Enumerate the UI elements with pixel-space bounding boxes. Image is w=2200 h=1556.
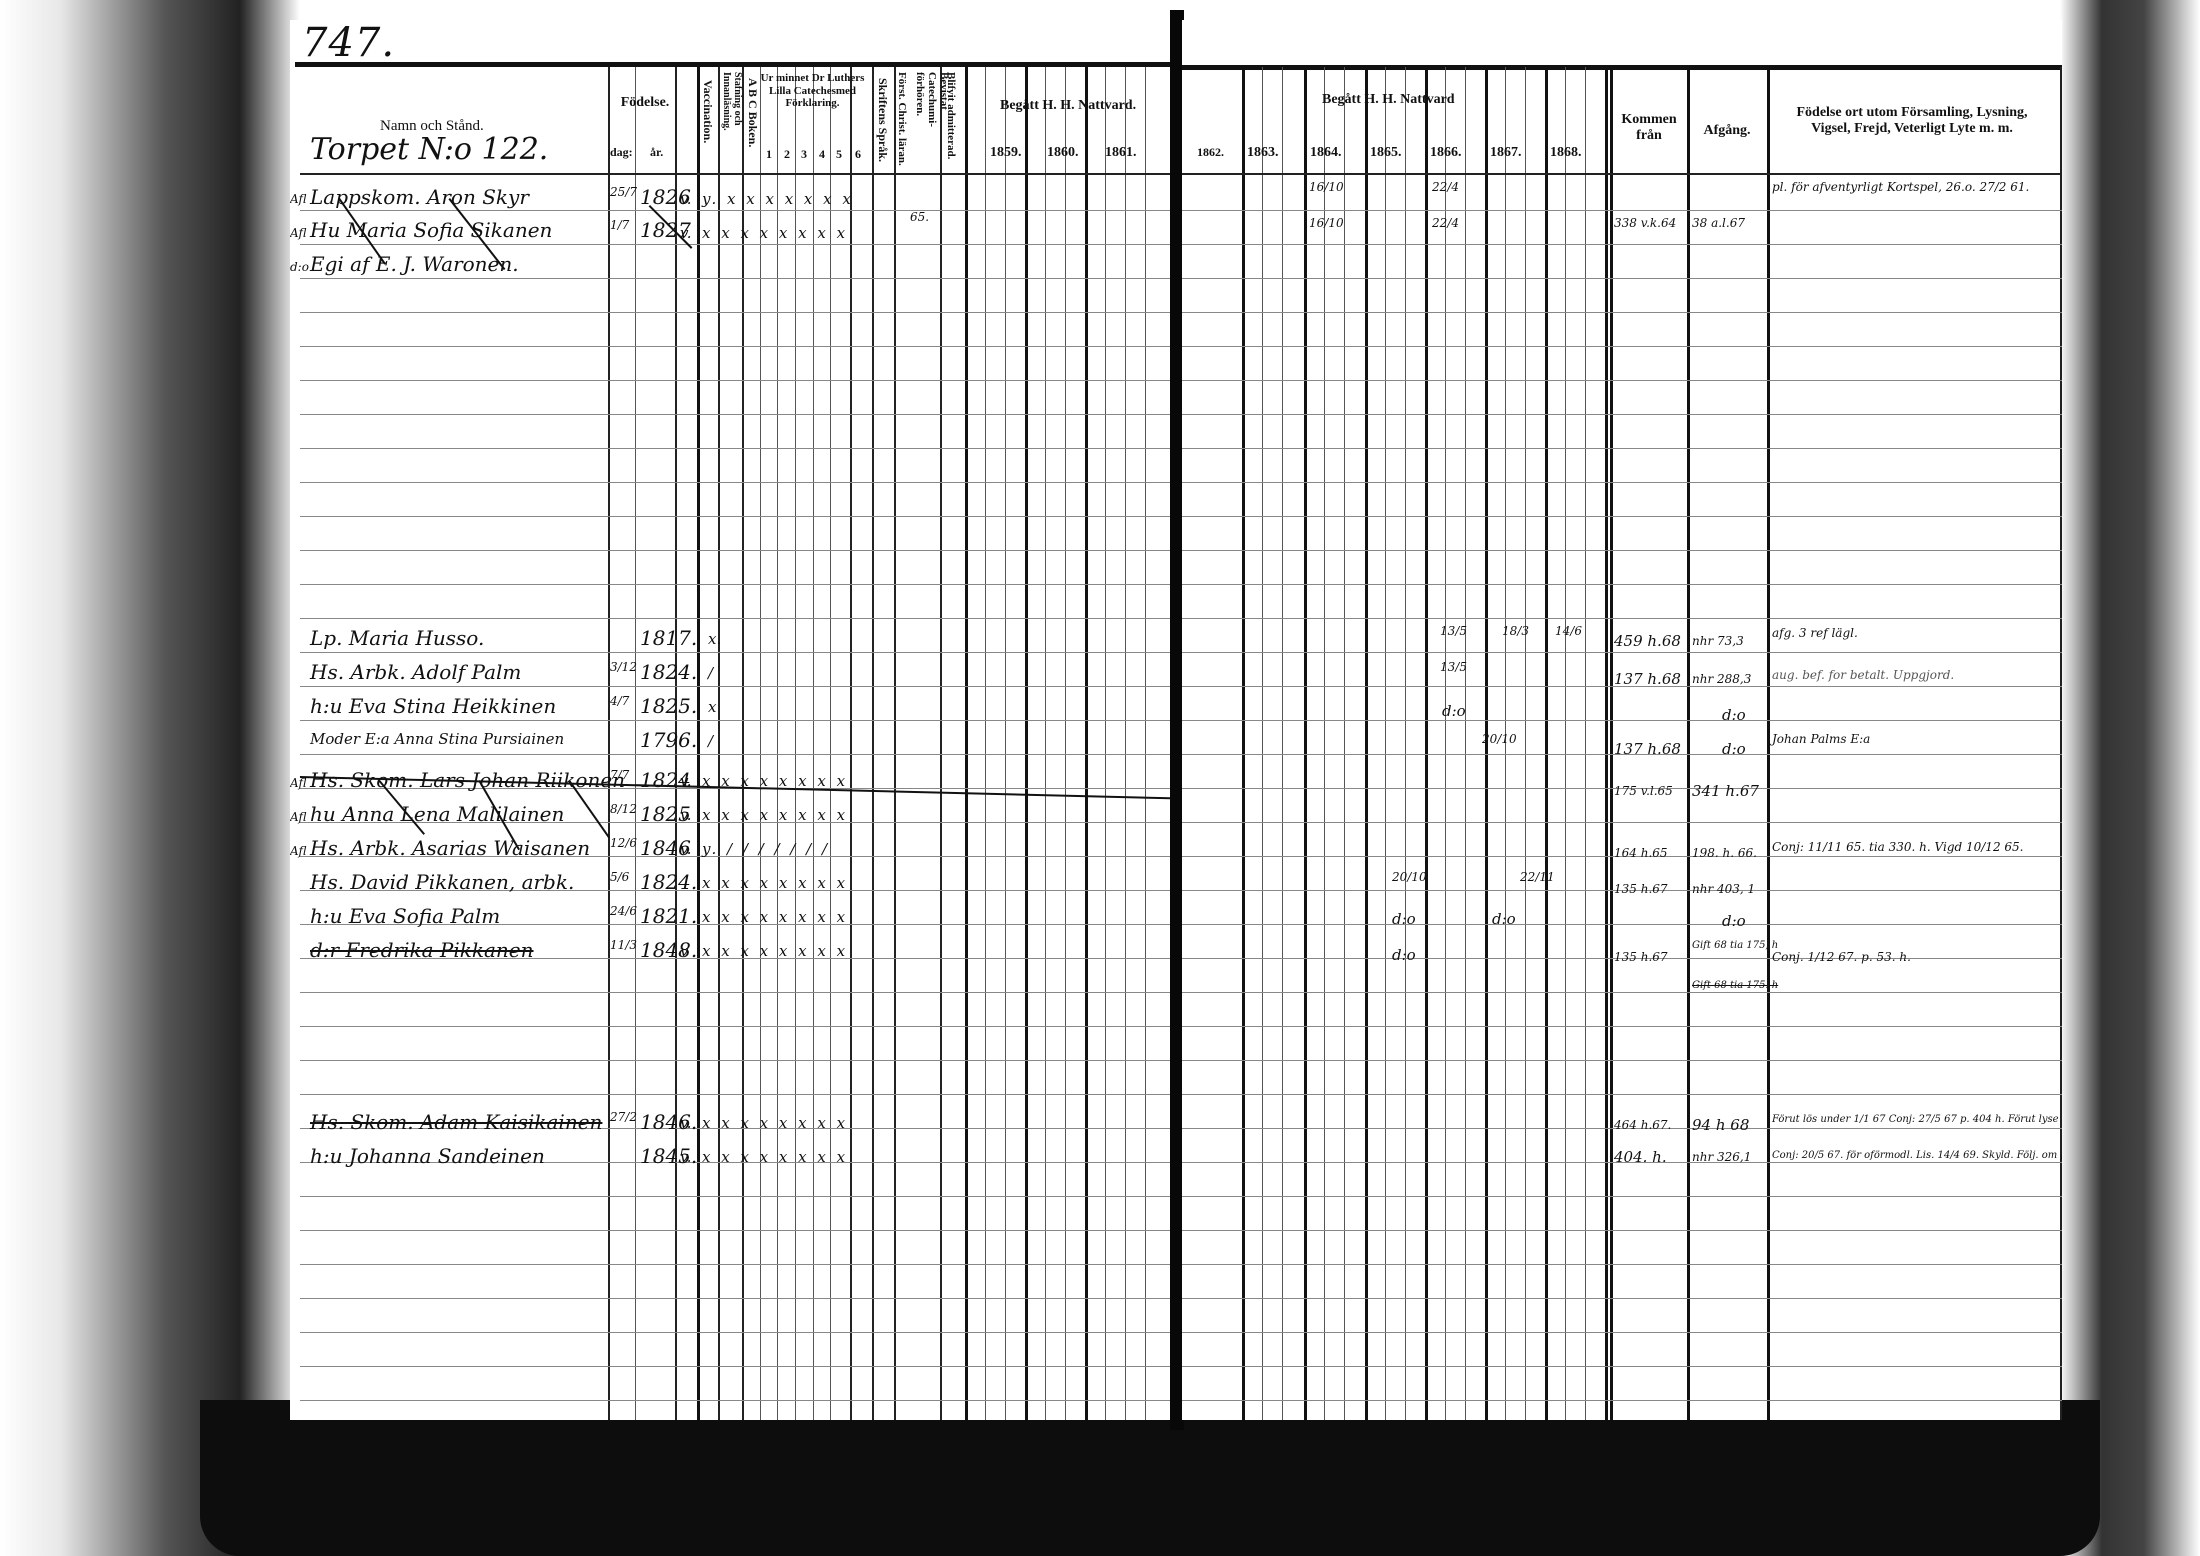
header-arrived: Kommen från <box>1614 112 1684 144</box>
birth-year: 1796. <box>640 728 697 752</box>
grid-line <box>872 67 874 1420</box>
grid-line <box>1405 67 1406 1420</box>
year-1868: 1868. <box>1550 145 1582 161</box>
row-line <box>1182 1060 2062 1061</box>
grid-line <box>894 67 896 1420</box>
row-line <box>300 1298 1170 1299</box>
arrived-from: 175 v.l.65 <box>1614 784 1673 798</box>
exam-marks: x <box>708 698 716 716</box>
book-bottom-edge <box>200 1400 2100 1556</box>
grid-line <box>1425 67 1428 1420</box>
departure: d:o <box>1722 740 1746 758</box>
row-line <box>300 1094 1170 1095</box>
year-1859: 1859. <box>990 145 1022 161</box>
birth-day: 1/7 <box>610 218 629 232</box>
row-line <box>1182 380 2062 381</box>
year-1862: 1862. <box>1197 145 1224 160</box>
grid-line <box>777 67 778 1420</box>
header-departed: Afgång. <box>1692 123 1762 139</box>
communion-date: 16/10 <box>1309 180 1344 194</box>
arrived-from: 338 v.k.64 <box>1614 216 1676 230</box>
birth-day: 4/7 <box>610 694 629 708</box>
birth-day: 25/7 <box>610 185 637 199</box>
row-line <box>1182 550 2062 551</box>
exam-marks: x x x x x x x x <box>702 874 848 892</box>
communion-date: 20/10 <box>1392 870 1427 884</box>
vaccination-mark: v. <box>680 806 691 824</box>
exam-marks: x x x x x x x x <box>702 942 848 960</box>
catechism-col-6: 6 <box>855 148 861 162</box>
communion-date: 18/3 <box>1502 624 1529 638</box>
exam-marks: x x x x x x x x <box>702 1114 848 1132</box>
departure: nhr 288,3 <box>1692 672 1751 686</box>
arrived-from: 464 h.67. <box>1614 1118 1671 1132</box>
header-rule <box>295 62 1170 67</box>
birth-day: 3/12 <box>610 660 637 674</box>
row-line <box>1182 822 2062 823</box>
row-line <box>1182 1264 2062 1265</box>
margin-note: d:o <box>290 260 309 274</box>
person-name: h:u Eva Stina Heikkinen <box>310 694 556 718</box>
person-name: Hs. Arbk. Adolf Palm <box>310 660 521 684</box>
margin-note: Afl <box>290 810 306 824</box>
scan-background-right <box>2060 0 2200 1556</box>
birth-day: 8/12 <box>610 802 637 816</box>
grid-line <box>850 67 852 1420</box>
year-1863: 1863. <box>1247 145 1279 161</box>
exam-marks: / <box>708 732 713 750</box>
row-line <box>1182 1094 2062 1095</box>
grid-line <box>1025 67 1028 1420</box>
grid-line <box>940 67 942 1420</box>
catechetic-year: 65. <box>910 210 929 224</box>
row-line <box>300 1400 1170 1401</box>
grid-line <box>1045 67 1046 1420</box>
birth-year: 1824. <box>640 870 697 894</box>
header-birth-day: dag: <box>610 146 633 160</box>
birth-year: 1824. <box>640 660 697 684</box>
birth-year: 1825. <box>640 694 697 718</box>
header-scripture: Skriftens Språk. <box>875 78 890 162</box>
margin-note: Afl <box>290 226 306 240</box>
grid-line <box>718 67 720 1420</box>
year-1867: 1867. <box>1490 145 1522 161</box>
row-line <box>300 1026 1170 1027</box>
departure: Gift 68 tia 175, h <box>1692 940 1778 951</box>
row-line <box>1182 244 2062 245</box>
row-line <box>1182 278 2062 279</box>
header-spelling: Stafning och Innanläsning. <box>721 72 743 167</box>
departure-struck: Gift 68 tia 175. h <box>1692 980 1778 991</box>
communion-date: d:o <box>1492 910 1516 928</box>
departure: 198. h. 66. <box>1692 846 1757 860</box>
row-line <box>1182 312 2062 313</box>
grid-line <box>1145 67 1146 1420</box>
row-line <box>300 1230 1170 1231</box>
exam-marks: x x x x x x x x <box>702 806 848 824</box>
departure: nhr 73,3 <box>1692 634 1744 648</box>
row-line <box>300 1060 1170 1061</box>
row-line <box>300 720 1170 721</box>
birth-day: 5/6 <box>610 870 629 884</box>
row-line <box>1182 1298 2062 1299</box>
communion-date: 22/4 <box>1432 180 1459 194</box>
row-line <box>1182 346 2062 347</box>
person-name: h:u Johanna Sandeinen <box>310 1144 545 1168</box>
year-1864: 1864. <box>1310 145 1342 161</box>
grid-line <box>1465 67 1466 1420</box>
remarks: aug. bef. for betalt. Uppgjord. <box>1772 668 1954 682</box>
row-line <box>300 482 1170 483</box>
communion-date: d:o <box>1392 910 1416 928</box>
row-line <box>300 550 1170 551</box>
catechism-col-5: 5 <box>836 148 842 162</box>
grid-line <box>1585 67 1586 1420</box>
grid-line <box>1385 67 1386 1420</box>
person-name: Hu Maria Sofia Sikanen <box>310 218 552 242</box>
grid-line <box>1525 67 1526 1420</box>
row-line <box>1182 584 2062 585</box>
row-line <box>300 414 1170 415</box>
house-title: Torpet N:o 122. <box>310 132 548 167</box>
person-name: Hs. David Pikkanen, arbk. <box>310 870 574 894</box>
exam-marks: x x x x x x x x <box>702 224 848 242</box>
grid-line <box>1005 67 1006 1420</box>
year-1861: 1861. <box>1105 145 1137 161</box>
header-birth: Födelse. <box>615 95 675 111</box>
margin-note: Afl <box>290 844 306 858</box>
communion-date: d:o <box>1442 702 1466 720</box>
communion-date: 13/5 <box>1440 624 1467 638</box>
row-line <box>300 346 1170 347</box>
remarks: Förut lös under 1/1 67 Conj: 27/5 67 p. … <box>1772 1114 2062 1125</box>
year-1865: 1865. <box>1370 145 1402 161</box>
grid-line <box>813 67 814 1420</box>
row-line <box>300 210 1170 211</box>
exam-marks: y. x x x x x x x <box>702 190 854 208</box>
row-line <box>1182 1230 2062 1231</box>
grid-line <box>1065 67 1066 1420</box>
grid-line <box>795 67 796 1420</box>
departure: 38 a.l.67 <box>1692 216 1745 230</box>
row-line <box>1182 1332 2062 1333</box>
person-name: Hs. Skom. Adam Kaisikainen <box>310 1110 602 1134</box>
grid-line <box>830 67 831 1420</box>
communion-date: d:o <box>1392 946 1416 964</box>
departure: 341 h.67 <box>1692 782 1759 800</box>
exam-marks: x x x x x x x x <box>702 908 848 926</box>
vaccination-mark: v <box>680 942 688 960</box>
row-line <box>300 1196 1170 1197</box>
row-line <box>1182 618 2062 619</box>
arrived-from: 404. h. <box>1614 1148 1667 1166</box>
person-name: hu Anna Lena Malilainen <box>310 802 564 826</box>
grid-line <box>1767 67 1770 1420</box>
row-line <box>1182 1366 2062 1367</box>
grid-line <box>985 67 986 1420</box>
header-birth-year: år. <box>650 146 663 160</box>
remarks: Conj: 20/5 67. för oförmodl. Lis. 14/4 6… <box>1772 1150 2062 1161</box>
year-1866: 1866. <box>1430 145 1462 161</box>
birth-year: 1817. <box>640 626 697 650</box>
departure: d:o <box>1722 912 1746 930</box>
header-communion: Begått H. H. Nattvard. <box>1000 98 1136 114</box>
grid-line <box>1344 67 1345 1420</box>
header-remarks: Födelse ort utom Församling, Lysning, Vi… <box>1777 105 2047 137</box>
departure: nhr 326,1 <box>1692 1150 1751 1164</box>
remarks: afg. 3 ref lägl. <box>1772 626 1858 640</box>
departure: nhr 403, 1 <box>1692 882 1755 896</box>
row-line <box>300 516 1170 517</box>
communion-date: 22/4 <box>1432 216 1459 230</box>
grid-line <box>1262 67 1263 1420</box>
grid-line <box>965 67 968 1420</box>
communion-date: 20/10 <box>1482 732 1517 746</box>
margin-note: Afl <box>290 192 306 206</box>
grid-line <box>1687 67 1690 1420</box>
arrived-from: 164 h.65 <box>1614 846 1668 860</box>
communion-date: 14/6 <box>1555 624 1582 638</box>
row-line <box>300 1264 1170 1265</box>
row-line <box>1182 482 2062 483</box>
arrived-from: 137 h.68 <box>1614 670 1681 688</box>
birth-day: 7/7 <box>610 768 629 782</box>
birth-year: 1821. <box>640 904 697 928</box>
person-name: Moder E:a Anna Stina Pursiainen <box>310 730 564 748</box>
row-line <box>1182 992 2062 993</box>
header-abc: A B C Boken. <box>745 78 760 147</box>
departure: d:o <box>1722 706 1746 724</box>
scan-background-left <box>0 0 300 1556</box>
row-line <box>300 686 1170 687</box>
row-line <box>1182 414 2062 415</box>
header-rule <box>1182 65 2062 70</box>
header-christian: Först. Christ. läran. <box>896 72 908 166</box>
person-name: Egi af E. J. Waronen. <box>310 252 519 276</box>
grid-line <box>1304 67 1307 1420</box>
grid-line <box>1105 67 1106 1420</box>
row-line <box>300 1366 1170 1367</box>
grid-line <box>760 67 761 1420</box>
row-line <box>300 1332 1170 1333</box>
grid-line <box>1125 67 1126 1420</box>
grid-line <box>635 67 636 1420</box>
row-line <box>1182 1400 2062 1401</box>
grid-line <box>1610 67 1613 1420</box>
row-line <box>1182 210 2062 211</box>
header-bottom-rule <box>1182 173 2062 175</box>
person-name: Hs. Arbk. Asarias Waisanen <box>310 836 590 860</box>
grid-line <box>1324 67 1325 1420</box>
birth-day: 24/6 <box>610 904 637 918</box>
row-line <box>300 278 1170 279</box>
exam-marks: y. / / / / / / / <box>702 840 830 858</box>
arrived-from: 135 h.67 <box>1614 882 1668 896</box>
grid-line <box>1085 67 1088 1420</box>
communion-date: 16/10 <box>1309 216 1344 230</box>
row-line <box>300 618 1170 619</box>
row-line <box>300 244 1170 245</box>
vaccination-mark: v. <box>680 1148 691 1166</box>
grid-line <box>608 67 610 1420</box>
departure: 94 h 68 <box>1692 1116 1749 1134</box>
grid-line <box>2060 67 2062 1420</box>
row-line <box>300 992 1170 993</box>
row-line <box>300 652 1170 653</box>
row-line <box>300 754 1170 755</box>
birth-day: 11/3 <box>610 938 637 952</box>
row-line <box>300 312 1170 313</box>
row-line <box>1182 516 2062 517</box>
row-line <box>300 448 1170 449</box>
catechism-col-4: 4 <box>819 148 825 162</box>
person-name: h:u Eva Sofia Palm <box>310 904 500 928</box>
vaccination-mark: v. <box>680 840 691 858</box>
remarks: Conj: 11/11 65. tia 330. h. Vigd 10/12 6… <box>1772 840 2023 854</box>
grid-line <box>1545 67 1548 1420</box>
row-line <box>1182 652 2062 653</box>
header-catechism: Ur minnet Dr Luthers Lilla Catechesmed F… <box>760 72 865 110</box>
row-line <box>1182 448 2062 449</box>
exam-marks: x. <box>708 630 721 648</box>
page-number: 747. <box>302 20 395 66</box>
communion-date: 22/11 <box>1520 870 1555 884</box>
header-bottom-rule <box>300 173 1170 175</box>
remarks: Johan Palms E:a <box>1772 732 1870 746</box>
exam-marks: / <box>708 664 713 682</box>
arrived-from: 459 h.68 <box>1614 632 1681 650</box>
row-line <box>1182 924 2062 925</box>
header-communion: Begått H. H. Nattvard <box>1322 92 1455 108</box>
row-line <box>1182 1026 2062 1027</box>
communion-date: 13/5 <box>1440 660 1467 674</box>
vaccination-mark: v. <box>680 190 691 208</box>
person-name: Lp. Maria Husso. <box>310 626 484 650</box>
header-admitted: Blifvit admitterad. <box>945 72 957 159</box>
catechism-col-2: 2 <box>784 148 790 162</box>
grid-line <box>1242 67 1245 1420</box>
grid-line <box>1282 67 1283 1420</box>
catechism-col-1: 1 <box>766 148 772 162</box>
left-page: 747. <box>290 20 1170 1420</box>
row-line <box>300 584 1170 585</box>
year-1860: 1860. <box>1047 145 1079 161</box>
birth-year: 1848. <box>640 938 697 962</box>
arrived-from: 137 h.68 <box>1614 740 1681 758</box>
exam-marks: x x x x x x x x <box>702 1148 848 1166</box>
grid-line <box>1605 67 1608 1420</box>
person-name: d:r Fredrika Pikkanen <box>310 938 534 962</box>
birth-day: 12/6 <box>610 836 637 850</box>
row-line <box>1182 1196 2062 1197</box>
grid-line <box>1445 67 1446 1420</box>
header-vaccination: Vaccination. <box>700 80 715 143</box>
arrived-from: 135 h.67 <box>1614 950 1668 964</box>
row-line <box>300 380 1170 381</box>
birth-day: 27/2 <box>610 1110 637 1124</box>
grid-line <box>1365 67 1368 1420</box>
row-line <box>1182 720 2062 721</box>
grid-line <box>742 67 744 1420</box>
remarks: pl. för afventyrligt Kortspel, 26.o. 27/… <box>1772 180 2029 194</box>
remarks: Conj. 1/12 67. p. 53. h. <box>1772 950 1911 964</box>
grid-line <box>1565 67 1566 1420</box>
vaccination-mark: v. <box>680 1114 691 1132</box>
grid-line <box>697 67 700 1420</box>
catechism-col-3: 3 <box>801 148 807 162</box>
right-page: Begått H. H. Nattvard 1862. 1863. 1864. … <box>1182 20 2062 1420</box>
